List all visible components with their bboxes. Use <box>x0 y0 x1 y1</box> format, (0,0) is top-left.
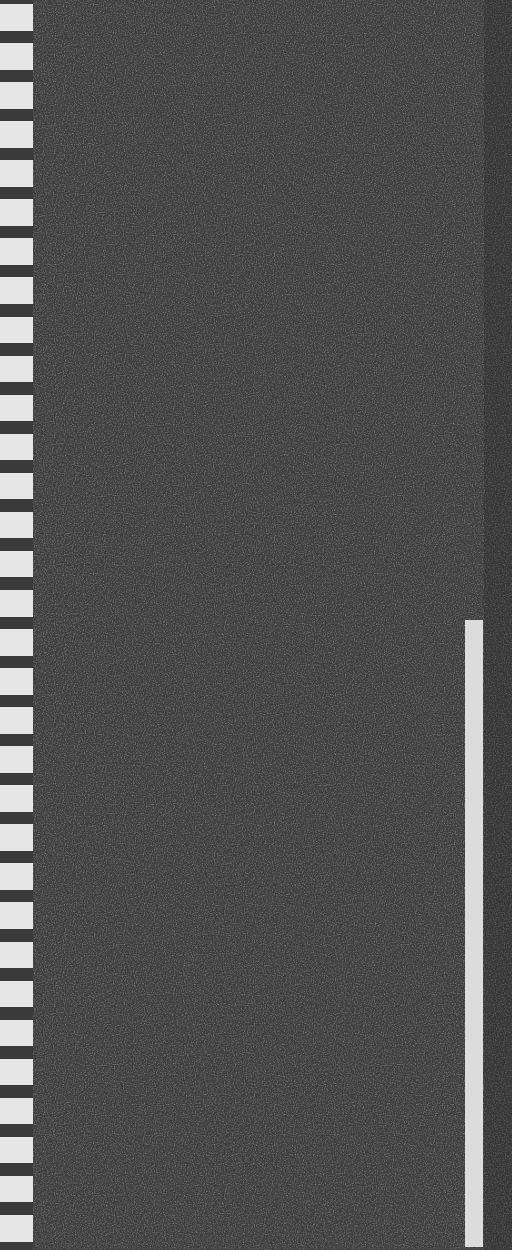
crosswalk-stripe <box>0 238 33 265</box>
crosswalk-stripe <box>0 1176 33 1203</box>
crosswalk-stripe <box>0 277 33 304</box>
crosswalk-stripe <box>0 1098 33 1125</box>
aerial-road-image <box>0 0 512 1250</box>
crosswalk-stripe <box>0 160 33 187</box>
crosswalk-stripe <box>0 1020 33 1047</box>
crosswalk-stripe <box>0 395 33 422</box>
crosswalk-stripe <box>0 434 33 461</box>
crosswalk-stripe <box>0 785 33 812</box>
crosswalk-stripe <box>0 317 33 344</box>
crosswalk-stripe <box>0 981 33 1008</box>
zebra-crosswalk <box>0 0 33 1250</box>
crosswalk-stripe <box>0 199 33 226</box>
crosswalk-stripe <box>0 1215 33 1242</box>
crosswalk-stripe <box>0 1137 33 1164</box>
solid-lane-line <box>465 620 483 1247</box>
crosswalk-stripe <box>0 707 33 734</box>
crosswalk-stripe <box>0 1059 33 1086</box>
crosswalk-stripe <box>0 121 33 148</box>
asphalt-texture <box>0 0 512 1250</box>
crosswalk-stripe <box>0 824 33 851</box>
crosswalk-stripe <box>0 82 33 109</box>
crosswalk-stripe <box>0 863 33 890</box>
crosswalk-stripe <box>0 629 33 656</box>
crosswalk-stripe <box>0 512 33 539</box>
crosswalk-stripe <box>0 746 33 773</box>
crosswalk-stripe <box>0 551 33 578</box>
crosswalk-stripe <box>0 668 33 695</box>
crosswalk-stripe <box>0 942 33 969</box>
crosswalk-stripe <box>0 43 33 70</box>
crosswalk-stripe <box>0 902 33 929</box>
road-shoulder-shade <box>484 0 512 1250</box>
crosswalk-stripe <box>0 590 33 617</box>
crosswalk-stripe <box>0 356 33 383</box>
crosswalk-stripe <box>0 473 33 500</box>
crosswalk-stripe <box>0 4 33 31</box>
